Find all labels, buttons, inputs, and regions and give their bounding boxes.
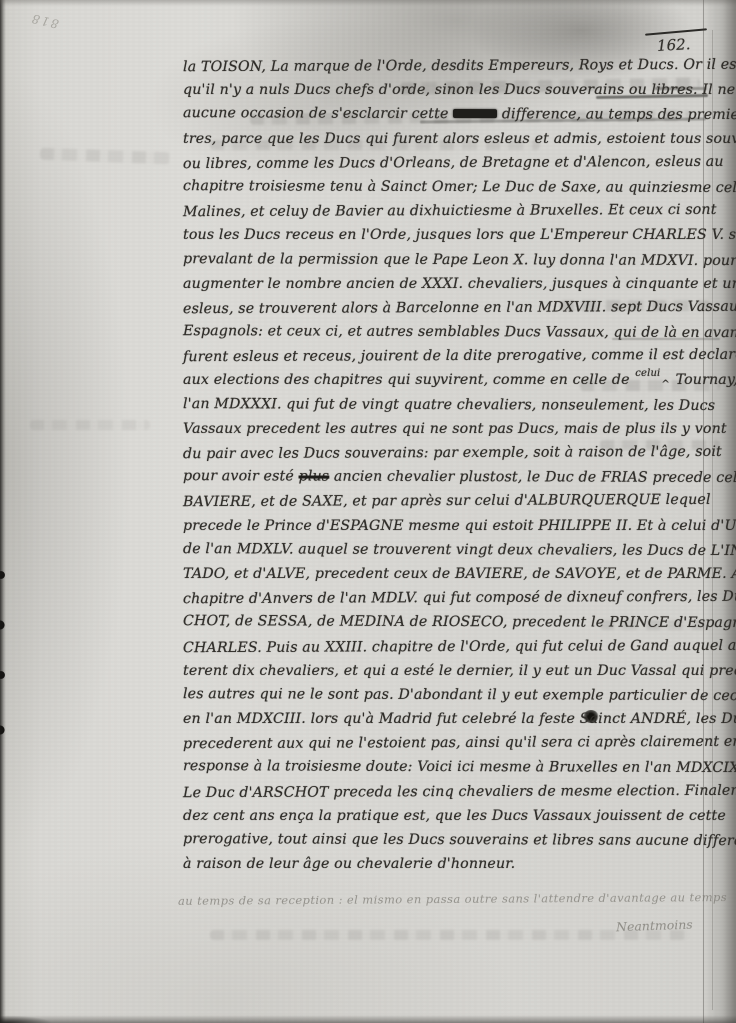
line-text: Espagnols: et ceux ci, et autres semblab… (183, 323, 736, 341)
line-text: en l'an MDXCIII. lors qu'à Madrid fut ce… (183, 711, 736, 727)
manuscript-line: dez cent ans ença la pratique est, que l… (183, 804, 713, 828)
line-text: terent dix chevaliers, et qui a esté le … (183, 663, 736, 679)
manuscript-scan: 162. 818 la TOISON, La marque de l'Orde,… (0, 0, 736, 1023)
line-text: Vassaux precedent les autres qui ne sont… (183, 421, 727, 437)
manuscript-line: CHOT, de SESSA, de MEDINA de RIOSECO, pr… (183, 609, 713, 635)
line-text: du pair avec les Ducs souverains: par ex… (183, 444, 722, 462)
line-text: CHOT, de SESSA, de MEDINA de RIOSECO, pr… (183, 613, 736, 631)
manuscript-line: furent esleus et receus, jouirent de la … (183, 343, 713, 369)
line-text: Tournay, de (671, 372, 736, 388)
manuscript-line: terent dix chevaliers, et qui a esté le … (183, 659, 713, 683)
line-text: dez cent ans ença la pratique est, que l… (183, 808, 726, 824)
manuscript-line: CHARLES. Puis au XXIII. chapitre de l'Or… (183, 633, 713, 659)
manuscript-line: Le Duc d'ARSCHOT preceda les cinq cheval… (183, 778, 713, 804)
line-text: esleus, se trouverent alors à Barcelonne… (183, 299, 736, 317)
manuscript-line: chapitre d'Anvers de l'an MDLV. qui fut … (183, 585, 713, 611)
catchword: Neantmoins (616, 917, 693, 935)
line-text: de l'an MDXLV. auquel se trouverent ving… (183, 541, 736, 559)
manuscript-line: response à la troisiesme doute: Voici ic… (183, 755, 713, 781)
manuscript-line: tous les Ducs receus en l'Orde, jusques … (183, 223, 713, 247)
manuscript-line: aux elections des chapitres qui suyviren… (183, 368, 713, 392)
manuscript-line: Espagnols: et ceux ci, et autres semblab… (183, 319, 713, 345)
line-text: Malines, et celuy de Bavier au dixhuicti… (183, 202, 717, 220)
manuscript-line: en l'an MDXCIII. lors qu'à Madrid fut ce… (183, 707, 713, 731)
manuscript-line: Malines, et celuy de Bavier au dixhuicti… (183, 198, 713, 224)
line-text: chapitre troisiesme tenu à Sainct Omer; … (183, 178, 736, 196)
line-text: CHARLES. Puis au XXIII. chapitre de l'Or… (183, 637, 736, 656)
manuscript-line: les autres qui ne le sont pas. D'abondan… (183, 682, 713, 708)
line-text: prerogative, tout ainsi que les Ducs sou… (183, 831, 736, 849)
manuscript-line: qu'il n'y a nuls Ducs chefs d'orde, sino… (183, 78, 713, 102)
line-text: l'an MDXXXI. qui fut de vingt quatre che… (183, 396, 715, 414)
manuscript-line: pour avoir esté plus ancien chevalier pl… (183, 464, 713, 490)
manuscript-line: ou libres, comme les Ducs d'Orleans, de … (183, 150, 713, 176)
manuscript-line: augmenter le nombre ancien de XXXI. chev… (183, 272, 713, 296)
manuscript-line: esleus, se trouverent alors à Barcelonne… (183, 295, 713, 321)
line-text: precede le Prince d'ESPAGNE mesme qui es… (183, 518, 736, 534)
line-text: BAVIERE, et de SAXE, et par après sur ce… (183, 492, 711, 510)
line-text: tres, parce que les Ducs qui furent alor… (183, 131, 736, 147)
line-text: aux elections des chapitres qui suyviren… (183, 372, 634, 388)
line-text: tous les Ducs receus en l'Orde, jusques … (183, 227, 736, 243)
line-text: les autres qui ne le sont pas. D'abondan… (183, 686, 736, 704)
line-text: Le Duc d'ARSCHOT preceda les cinq cheval… (183, 782, 736, 801)
manuscript-line: de l'an MDXLV. auquel se trouverent ving… (183, 537, 713, 563)
manuscript-line: la TOISON, La marque de l'Orde, desdits … (183, 53, 713, 79)
manuscript-line: Vassaux precedent les autres qui ne sont… (183, 417, 713, 441)
manuscript-line: BAVIERE, et de SAXE, et par après sur ce… (183, 488, 713, 514)
line-text: augmenter le nombre ancien de XXXI. chev… (183, 276, 736, 292)
manuscript-line: prevalant de la permission que le Pape L… (183, 247, 713, 273)
top-edge-shadow (0, 0, 736, 6)
line-sup: celui (635, 362, 660, 386)
manuscript-line: l'an MDXXXI. qui fut de vingt quatre che… (183, 392, 713, 418)
manuscript-line: chapitre troisiesme tenu à Sainct Omer; … (183, 174, 713, 200)
manuscript-line: tres, parce que les Ducs qui furent alor… (183, 127, 713, 151)
line-strike: plus (299, 469, 330, 485)
manuscript-line: TADO, et d'ALVE, precedent ceux de BAVIE… (183, 562, 713, 586)
line-text: TADO, et d'ALVE, precedent ceux de BAVIE… (183, 566, 736, 582)
manuscript-line: prerogative, tout ainsi que les Ducs sou… (183, 827, 713, 853)
line-text: qu'il n'y a nuls Ducs chefs d'orde, sino… (183, 82, 736, 98)
line-text: pour avoir esté (183, 468, 299, 484)
manuscript-text: la TOISON, La marque de l'Orde, desdits … (183, 54, 713, 876)
line-redact (453, 109, 497, 118)
manuscript-line: à raison de leur âge ou chevalerie d'hon… (183, 852, 713, 876)
line-text: à raison de leur âge ou chevalerie d'hon… (183, 856, 515, 872)
binding-edge-marks (0, 555, 7, 765)
binding-edge (0, 0, 6, 1023)
line-text: prevalant de la permission que le Pape L… (183, 251, 736, 269)
line-text: la TOISON, La marque de l'Orde, desdits … (183, 57, 736, 76)
bottom-edge-shadow (0, 1015, 736, 1023)
manuscript-line: precederent aux qui ne l'estoient pas, a… (183, 730, 713, 756)
manuscript-line: du pair avec les Ducs souverains: par ex… (183, 440, 713, 466)
line-text: difference, au temps des premiers chapi— (497, 107, 736, 124)
line-text: aucune occasion de s'esclarcir cette (183, 105, 453, 122)
manuscript-line: precede le Prince d'ESPAGNE mesme qui es… (183, 514, 713, 538)
line-text: precederent aux qui ne l'estoient pas, a… (183, 734, 736, 753)
folio-number: 162. (657, 35, 691, 55)
line-text: ancien chevalier plustost, le Duc de FRI… (329, 469, 736, 487)
line-text: response à la troisiesme doute: Voici ic… (183, 759, 736, 777)
showthrough-smudge (30, 420, 150, 430)
line-text: chapitre d'Anvers de l'an MDLV. qui fut … (183, 588, 736, 607)
line-text: ou libres, comme les Ducs d'Orleans, de … (183, 154, 724, 172)
bottom-corner-shadow (0, 1009, 70, 1023)
manuscript-line: aucune occasion de s'esclarcir cette dif… (183, 101, 713, 127)
